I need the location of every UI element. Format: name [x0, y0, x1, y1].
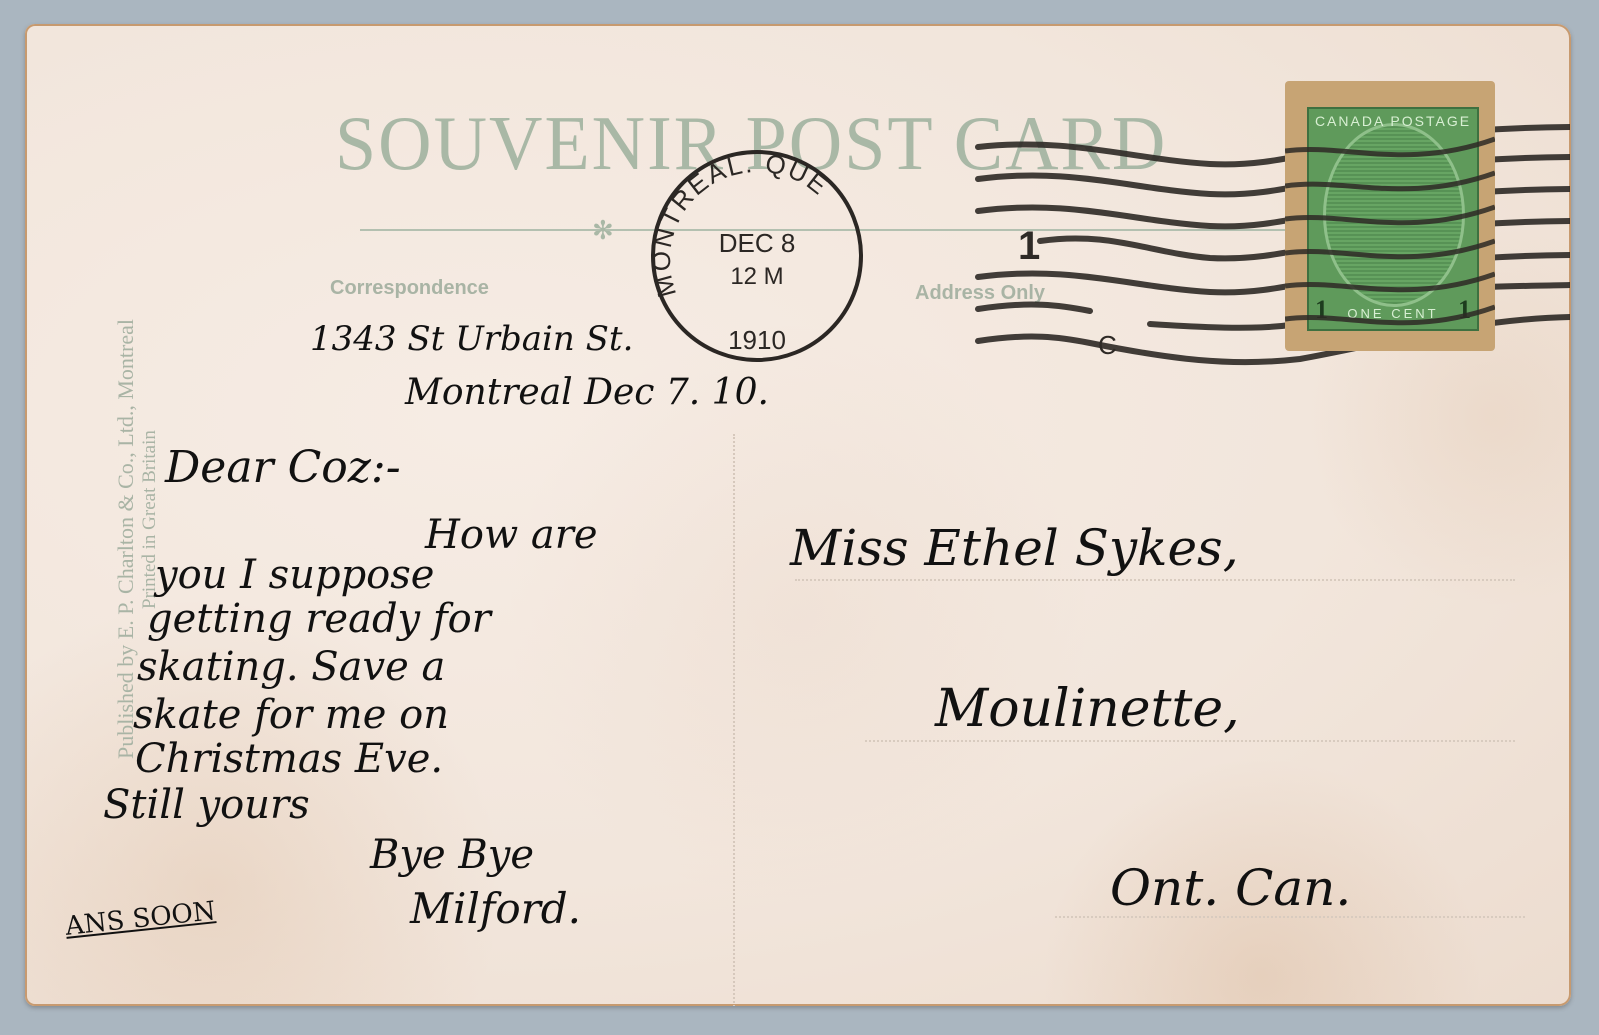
recipient-region: Ont. Can. [1110, 859, 1351, 917]
address-line [865, 740, 1515, 742]
postage-stamp: CANADA POSTAGE ONE CENT 1 1 [1285, 81, 1495, 351]
greeting: Dear Coz:- [165, 442, 401, 493]
postcard-back: SOUVENIR POST CARD ✻ Correspondence Addr… [25, 24, 1571, 1006]
address-line [795, 579, 1515, 581]
postmark-year: 1910 [728, 325, 786, 355]
recipient-name: Miss Ethel Sykes, [790, 519, 1239, 577]
message-line: you I suppose [155, 552, 434, 598]
correspondence-label: Correspondence [330, 277, 489, 300]
return-address: 1343 St Urbain St. [310, 319, 633, 359]
postmark-time: 12 M [730, 263, 783, 290]
cancel-mark-1: 1 [1018, 224, 1040, 268]
message-line: Still yours [103, 782, 310, 828]
postmark-date: DEC 8 [719, 228, 796, 258]
cancel-mark-c: C [1098, 330, 1117, 360]
closing: Bye Bye [370, 832, 534, 878]
signature: Milford. [410, 884, 581, 933]
circular-postmark: MONTREAL. QUE DEC 8 12 M 1910 [645, 144, 870, 369]
ornament-icon: ✻ [592, 216, 614, 246]
message-line: getting ready for [147, 596, 491, 642]
message-line: skate for me on [133, 692, 449, 738]
message-line: skating. Save a [137, 644, 445, 690]
message-line: How are [425, 512, 598, 558]
stamp-cancel-lines [1285, 81, 1495, 351]
center-divider [733, 434, 735, 1006]
place-date: Montreal Dec 7. 10. [405, 372, 769, 413]
recipient-town: Moulinette, [935, 679, 1240, 739]
reply-note: ANS SOON [64, 896, 217, 942]
message-line: Christmas Eve. [135, 736, 443, 782]
